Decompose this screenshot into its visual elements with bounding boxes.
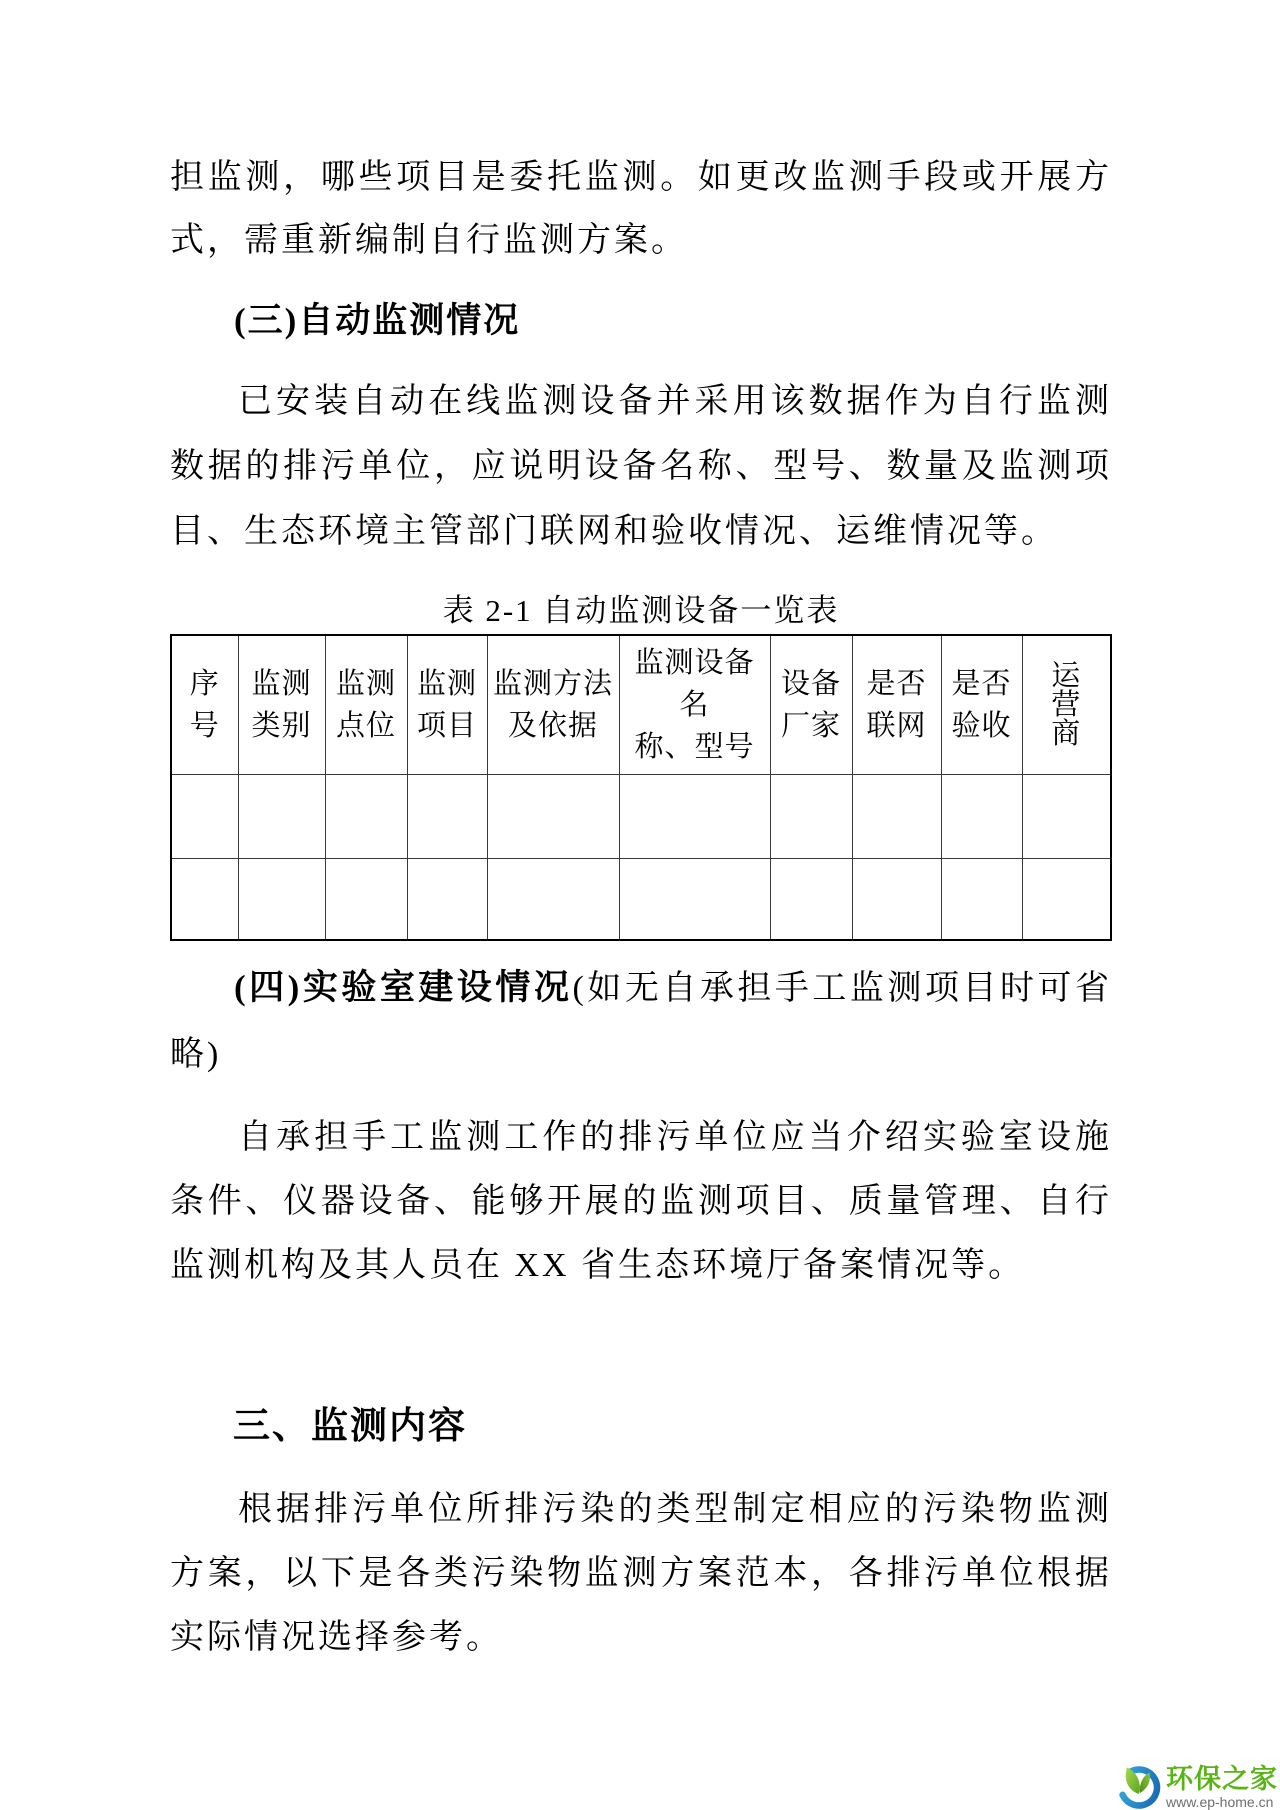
section-heading-auto-monitoring: (三)自动监测情况 [170, 289, 1112, 352]
site-watermark[interactable]: 环保之家 www.ep-home.cn [1115, 1761, 1278, 1810]
watermark-text: 环保之家 www.ep-home.cn [1166, 1761, 1278, 1810]
watermark-site-name: 环保之家 [1166, 1764, 1278, 1794]
table-cell-empty [1022, 859, 1111, 941]
table-header-operator: 运 营 商 [1022, 635, 1111, 775]
table-header-device-maker: 设备 厂家 [770, 635, 852, 775]
section-heading-monitoring-content: 三、监测内容 [170, 1398, 1112, 1454]
table-cell-empty [852, 775, 941, 859]
table-cell-empty [238, 775, 325, 859]
paragraph-intro-continuation: 担监测，哪些项目是委托监测。如更改监测手段或开展方式，需重新编制自行监测方案。 [170, 146, 1112, 272]
document-page: 担监测，哪些项目是委托监测。如更改监测手段或开展方式，需重新编制自行监测方案。 … [0, 0, 1280, 1810]
table-cell-empty [619, 775, 770, 859]
paragraph-lab: 自承担手工监测工作的排污单位应当介绍实验室设施条件、仪器设备、能够开展的监测项目… [170, 1106, 1112, 1298]
table-header-monitor-item: 监测 项目 [407, 635, 487, 775]
table-empty-row [171, 859, 1111, 941]
table-header-row: 序 号 监测 类别 监测 点位 监测 项目 监测方法 及依据 监测设备名 称、型… [171, 635, 1111, 775]
document-content: 担监测，哪些项目是委托监测。如更改监测手段或开展方式，需重新编制自行监测方案。 … [0, 0, 1280, 1810]
table-empty-row [171, 775, 1111, 859]
table-header-networked: 是否 联网 [852, 635, 941, 775]
table-cell-empty [941, 859, 1022, 941]
table-header-serial: 序 号 [171, 635, 238, 775]
table-caption: 表 2-1 自动监测设备一览表 [170, 588, 1112, 634]
table-cell-empty [487, 775, 619, 859]
table-header-accepted: 是否 验收 [941, 635, 1022, 775]
paragraph-monitoring-content: 根据排污单位所排污染的类型制定相应的污染物监测方案，以下是各类污染物监测方案范本… [170, 1478, 1112, 1670]
section-heading-lab: (四)实验室建设情况(如无自承担手工监测项目时可省略) [170, 955, 1112, 1088]
table-cell-empty [325, 859, 407, 941]
table-cell-empty [941, 775, 1022, 859]
table-cell-empty [407, 775, 487, 859]
auto-monitoring-equipment-table: 序 号 监测 类别 监测 点位 监测 项目 监测方法 及依据 监测设备名 称、型… [170, 634, 1112, 941]
table-cell-empty [238, 859, 325, 941]
table-header-method-basis: 监测方法 及依据 [487, 635, 619, 775]
table-header-monitor-category: 监测 类别 [238, 635, 325, 775]
table-cell-empty [770, 859, 852, 941]
table-cell-empty [171, 859, 238, 941]
table-cell-empty [619, 859, 770, 941]
table-cell-empty [770, 775, 852, 859]
table-cell-empty [852, 859, 941, 941]
table-cell-empty [1022, 775, 1111, 859]
paragraph-auto-monitoring: 已安装自动在线监测设备并采用该数据作为自行监测数据的排污单位，应说明设备名称、型… [170, 369, 1112, 564]
table-cell-empty [407, 859, 487, 941]
table-header-monitor-point: 监测 点位 [325, 635, 407, 775]
table-header-device-name-model: 监测设备名 称、型号 [619, 635, 770, 775]
table-cell-empty [487, 859, 619, 941]
table-cell-empty [325, 775, 407, 859]
section-heading-lab-title: (四)实验室建设情况 [234, 968, 572, 1007]
table-cell-empty [171, 775, 238, 859]
leaf-circle-icon [1115, 1761, 1163, 1809]
watermark-site-url: www.ep-home.cn [1166, 1794, 1278, 1810]
